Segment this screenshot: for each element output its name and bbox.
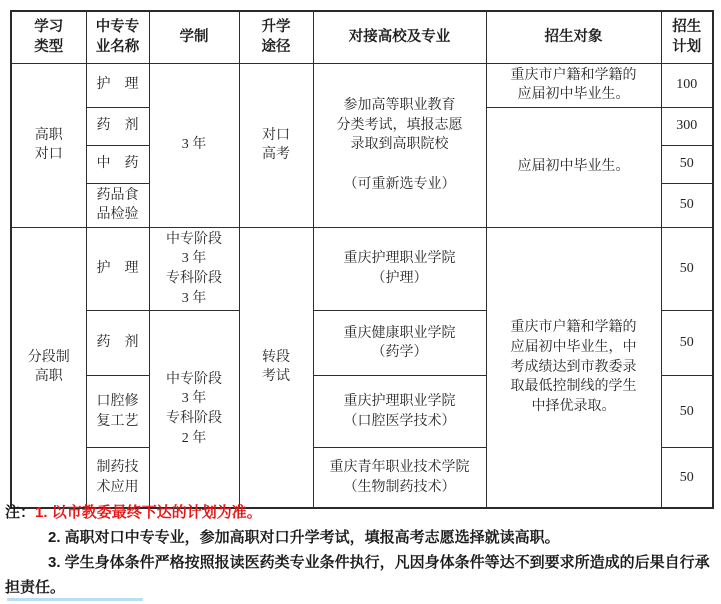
cell-plan-block2-4: 50	[661, 448, 713, 508]
cell-study-type-block1: 高职 对口	[11, 63, 86, 227]
enrollment-plan-page: 学习 类型 中专专 业名称 学制 升学 途径 对接高校及专业 招生对象 招生 计…	[0, 0, 721, 604]
header-duration: 学制	[149, 11, 239, 63]
header-study-type: 学习 类型	[11, 11, 86, 63]
note-3: 3. 学生身体条件严格按照报读医药类专业条件执行，凡因身体条件等达不到要求所造成…	[5, 550, 717, 600]
cell-college-block2-1: 重庆护理职业学院 （护理）	[313, 227, 486, 310]
cell-major-nursing-2: 护 理	[86, 227, 149, 310]
cell-major-nursing-1: 护 理	[86, 63, 149, 107]
cell-pathway-block1: 对口 高考	[239, 63, 313, 227]
table-row: 高职 对口 护 理 3 年 对口 高考 参加高等职业教育 分类考试，填报志愿 录…	[11, 63, 713, 107]
note-prefix: 注：	[5, 504, 35, 521]
cell-major-pharma-tech: 制药技 术应用	[86, 448, 149, 508]
highlight-underline	[7, 598, 143, 601]
cell-pathway-block2: 转段 考试	[239, 227, 313, 507]
cell-target-block1-row1: 重庆市户籍和学籍的 应届初中毕业生。	[486, 63, 661, 107]
note-1-text: 1. 以市教委最终下达的计划为准。	[35, 504, 262, 521]
header-target: 招生对象	[486, 11, 661, 63]
cell-major-drug-food-inspection: 药品食 品检验	[86, 183, 149, 227]
footnotes: 注：1. 以市教委最终下达的计划为准。 2. 高职对口中专专业，参加高职对口升学…	[5, 500, 717, 600]
table-row: 分段制 高职 护 理 中专阶段 3 年 专科阶段 3 年 转段 考试 重庆护理职…	[11, 227, 713, 310]
cell-plan-block1-2: 300	[661, 107, 713, 145]
header-major-name: 中专专 业名称	[86, 11, 149, 63]
enrollment-plan-table: 学习 类型 中专专 业名称 学制 升学 途径 对接高校及专业 招生对象 招生 计…	[10, 10, 714, 509]
header-pathway: 升学 途径	[239, 11, 313, 63]
cell-plan-block1-3: 50	[661, 145, 713, 183]
table-header-row: 学习 类型 中专专 业名称 学制 升学 途径 对接高校及专业 招生对象 招生 计…	[11, 11, 713, 63]
note-2: 2. 高职对口中专专业，参加高职对口升学考试，填报高考志愿选择就读高职。	[5, 525, 717, 550]
cell-plan-block1-1: 100	[661, 63, 713, 107]
cell-college-block2-3: 重庆护理职业学院 （口腔医学技术）	[313, 376, 486, 448]
cell-target-block2: 重庆市户籍和学籍的 应届初中毕业生，中 考成绩达到市教委录 取最低控制线的学生 …	[486, 227, 661, 507]
cell-target-block1-rows2to4: 应届初中毕业生。	[486, 107, 661, 227]
cell-plan-block1-4: 50	[661, 183, 713, 227]
cell-major-pharmacy-1: 药 剂	[86, 107, 149, 145]
cell-college-desc-block1: 参加高等职业教育 分类考试，填报志愿 录取到高职院校 （可重新选专业）	[313, 63, 486, 227]
cell-duration-block1: 3 年	[149, 63, 239, 227]
note-1: 注：1. 以市教委最终下达的计划为准。	[5, 500, 717, 525]
cell-duration-block2-rows2to4: 中专阶段 3 年 专科阶段 2 年	[149, 311, 239, 508]
cell-major-pharmacy-2: 药 剂	[86, 311, 149, 376]
header-quota: 招生 计划	[661, 11, 713, 63]
cell-major-tcm: 中 药	[86, 145, 149, 183]
cell-duration-block2-row1: 中专阶段 3 年 专科阶段 3 年	[149, 227, 239, 310]
cell-plan-block2-2: 50	[661, 311, 713, 376]
cell-plan-block2-1: 50	[661, 227, 713, 310]
cell-college-block2-4: 重庆青年职业技术学院 （生物制药技术）	[313, 448, 486, 508]
cell-college-block2-2: 重庆健康职业学院 （药学）	[313, 311, 486, 376]
cell-major-dental-prosthetics: 口腔修 复工艺	[86, 376, 149, 448]
cell-study-type-block2: 分段制 高职	[11, 227, 86, 507]
header-college-major: 对接高校及专业	[313, 11, 486, 63]
cell-plan-block2-3: 50	[661, 376, 713, 448]
